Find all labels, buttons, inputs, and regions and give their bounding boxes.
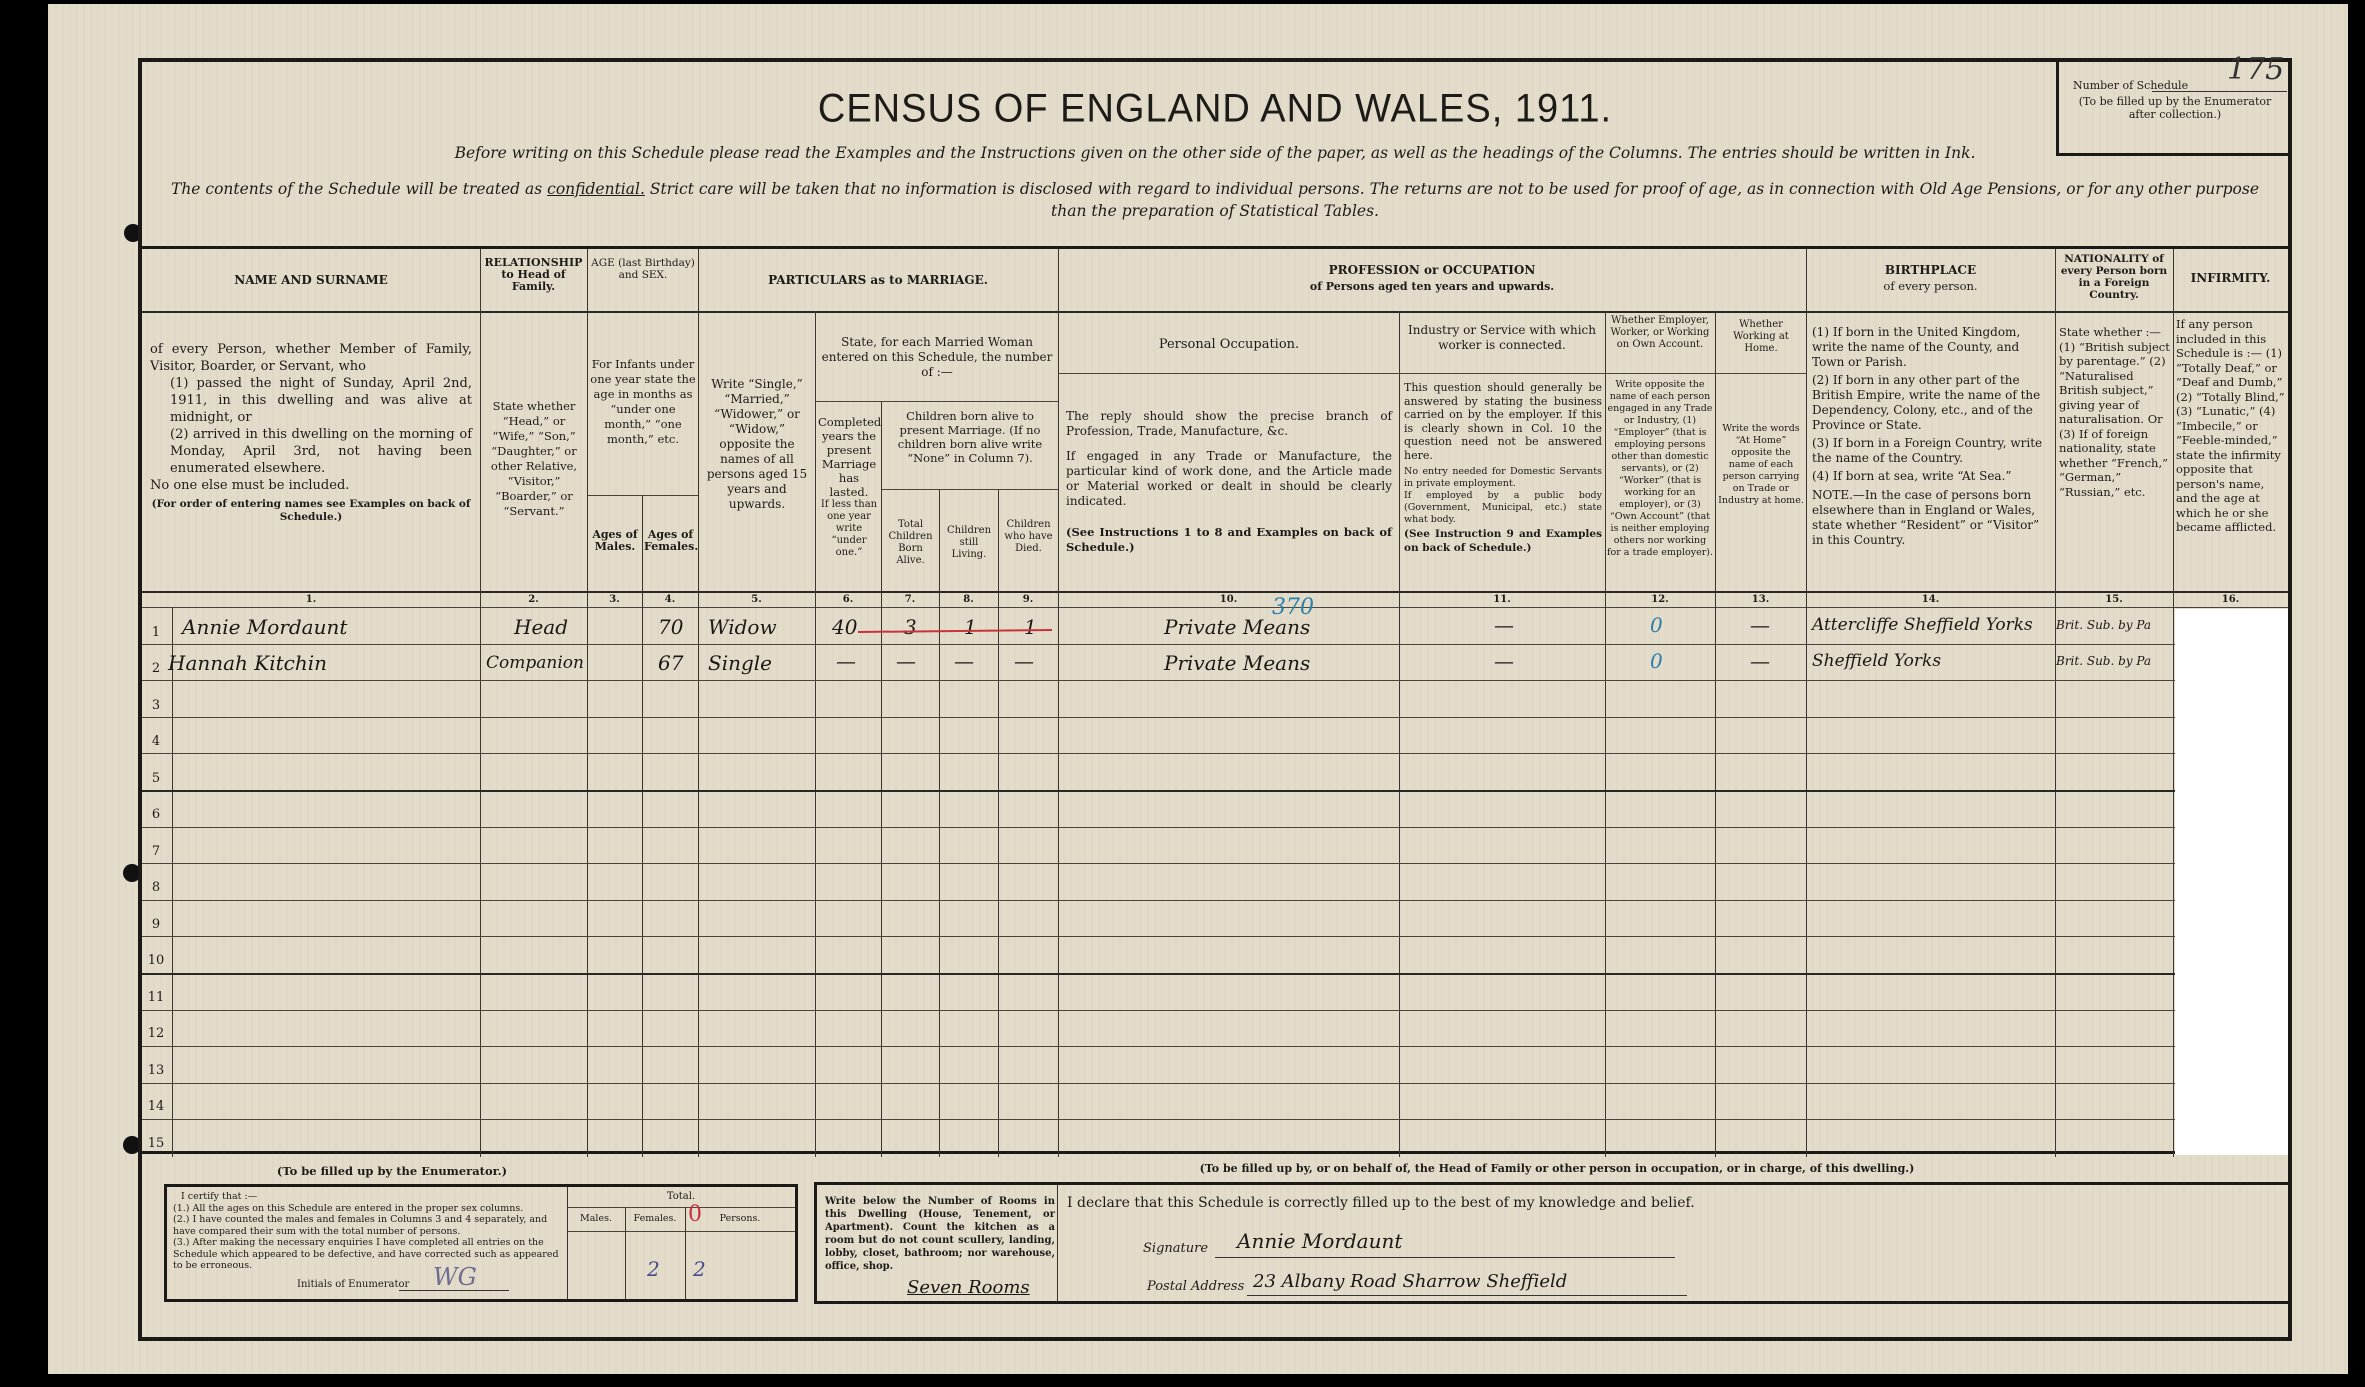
household-table: NAME AND SURNAME RELATIONSHIP to Head of… [142, 246, 2288, 1154]
personal-occupation-description: The reply should show the precise branch… [1066, 409, 1392, 555]
home-sub-rule [1716, 373, 1806, 374]
home-label: Whether Working at Home. [1718, 319, 1804, 355]
marital-condition[interactable]: Single [708, 651, 772, 675]
industry[interactable]: — [1494, 649, 1514, 673]
col-divider [587, 249, 588, 1157]
col-num-7: 7. [881, 594, 939, 605]
totals-divider [567, 1187, 568, 1299]
row-number: 8 [142, 880, 170, 895]
header-occupation-sub: of Persons aged ten years and upwards. [1058, 279, 1806, 294]
children-living[interactable]: — [954, 649, 974, 673]
signature-line [1215, 1257, 1675, 1258]
row-rule [142, 644, 2288, 645]
col-divider [1715, 311, 1716, 1157]
schedule-frame: CENSUS OF ENGLAND AND WALES, 1911. Befor… [138, 58, 2292, 1341]
col-divider [2173, 249, 2174, 1157]
occupier-heading: (To be filled up by, or on behalf of, th… [832, 1162, 2282, 1175]
enumerator-heading: (To be filled up by the Enumerator.) [172, 1164, 612, 1178]
males-label: Males. [567, 1213, 625, 1224]
females-total[interactable]: 2 [647, 1257, 660, 1281]
col-num-9: 9. [998, 594, 1058, 605]
row-rule [142, 1119, 2288, 1120]
employer-label: Whether Employer, Worker, or Working on … [1607, 315, 1713, 351]
children-died[interactable]: 1 [1024, 615, 1037, 639]
married-women-note: State, for each Married Woman entered on… [820, 335, 1054, 380]
relationship[interactable]: Companion [486, 653, 584, 673]
col-num-5: 5. [698, 594, 815, 605]
red-margin-mark: 0 [688, 1202, 702, 1227]
person-name[interactable]: Annie Mordaunt [182, 615, 347, 639]
total-label: Total. [567, 1191, 795, 1202]
schedule-number-note: (To be filled up by the Enumerator after… [2065, 95, 2285, 121]
row-number: 13 [142, 1063, 170, 1078]
at-home[interactable]: — [1750, 649, 1770, 673]
header-name: NAME AND SURNAME [142, 273, 480, 288]
row-number: 12 [142, 1026, 170, 1041]
row-number: 1 [142, 625, 170, 640]
occupier-declaration-box: Write below the Number of Rooms in this … [814, 1182, 2292, 1304]
children-living[interactable]: 1 [964, 615, 977, 639]
age-infants-note: For Infants under one year state the age… [590, 357, 696, 447]
col-divider [939, 489, 940, 1157]
totals-rule [568, 1207, 795, 1208]
header-marriage: PARTICULARS as to MARRIAGE. [698, 273, 1058, 288]
employer-status[interactable]: 0 [1650, 613, 1663, 637]
industry[interactable]: — [1494, 613, 1514, 637]
row-number: 7 [142, 844, 170, 859]
col-num-12: 12. [1605, 594, 1715, 605]
signature-label: Signature [1143, 1241, 1208, 1256]
declaration-text: I declare that this Schedule is correctl… [1067, 1195, 1695, 1211]
row-number-gutter [172, 607, 173, 1157]
declaration-divider [1057, 1185, 1058, 1301]
row-rule [142, 827, 2288, 828]
rooms-count[interactable]: Seven Rooms [907, 1277, 1030, 1298]
marital-condition[interactable]: Widow [708, 615, 777, 639]
redacted-infirmity-area [2175, 609, 2288, 1155]
birthplace-description: (1) If born in the United Kingdom, write… [1812, 325, 2050, 548]
page-title: CENSUS OF ENGLAND AND WALES, 1911. [142, 87, 2288, 132]
col-divider [698, 249, 699, 1157]
col-divider [1058, 249, 1059, 1157]
confidential-word: confidential. [547, 180, 645, 198]
header-age: AGE (last Birthday) and SEX. [590, 257, 696, 281]
schedule-number-label: Number of Schedule [2073, 79, 2188, 92]
children-born-label: Children born alive to present Marriage.… [884, 409, 1056, 465]
signature-value[interactable]: Annie Mordaunt [1237, 1229, 1402, 1253]
row-rule [142, 1046, 2288, 1047]
birthplace[interactable]: Sheffield Yorks [1812, 651, 1941, 671]
row-rule [142, 790, 2288, 792]
row-number: 2 [142, 661, 170, 676]
industry-description: This question should generally be answer… [1404, 381, 1602, 555]
row-number: 3 [142, 698, 170, 713]
age-sub-rule [588, 495, 698, 496]
instruction-line: Before writing on this Schedule please r… [142, 144, 2288, 162]
header-birthplace: BIRTHPLACE [1806, 263, 2055, 278]
col-num-13: 13. [1715, 594, 1806, 605]
children-sub-rule [882, 489, 1058, 490]
col-num-11: 11. [1399, 594, 1605, 605]
relationship[interactable]: Head [514, 615, 568, 639]
condition-description: Write “Single,” “Married,” “Widower,” or… [702, 377, 812, 512]
person-name[interactable]: Hannah Kitchin [168, 651, 327, 675]
confidentiality-notice-line2: than the preparation of Statistical Tabl… [142, 202, 2288, 220]
employer-status[interactable]: 0 [1650, 649, 1663, 673]
col-num-3: 3. [587, 594, 642, 605]
nationality[interactable]: Brit. Sub. by Pa [2056, 618, 2151, 632]
age-female[interactable]: 67 [658, 651, 683, 675]
header-nationality: NATIONALITY of every Person born in a Fo… [2057, 253, 2171, 301]
age-males-label: Ages of Males. [589, 529, 641, 553]
occupation-code[interactable]: 370 [1272, 595, 1314, 620]
row-rule [142, 680, 2288, 681]
col-divider [480, 249, 481, 1157]
rooms-instruction: Write below the Number of Rooms in this … [825, 1195, 1055, 1273]
col-divider [1806, 249, 1807, 1157]
enumerator-certificate-box: I certify that :— (1.) All the ages on t… [164, 1184, 798, 1302]
infirmity-description: If any person included in this Schedule … [2176, 317, 2286, 535]
col-num-16: 16. [2173, 594, 2288, 605]
col-num-8: 8. [939, 594, 998, 605]
children-died[interactable]: — [1014, 649, 1034, 673]
enumerator-certificate: I certify that :— (1.) All the ages on t… [173, 1191, 563, 1272]
col-divider [815, 311, 816, 1157]
children-living-label: Children still Living. [941, 525, 997, 561]
nationality[interactable]: Brit. Sub. by Pa [2056, 654, 2151, 668]
address-label: Postal Address [1147, 1279, 1244, 1294]
employer-description: Write opposite the name of each person e… [1607, 379, 1713, 559]
persons-total[interactable]: 2 [693, 1257, 706, 1281]
birthplace[interactable]: Attercliffe Sheffield Yorks [1812, 615, 2033, 635]
column-number-bottom [142, 607, 2288, 608]
years-married[interactable]: — [836, 649, 856, 673]
confidentiality-notice: The contents of the Schedule will be tre… [142, 180, 2288, 198]
col-num-6: 6. [815, 594, 881, 605]
row-rule [142, 717, 2288, 718]
totals-rule [568, 1231, 795, 1232]
col-num-1: 1. [142, 594, 480, 605]
header-occupation: PROFESSION or OCCUPATION [1058, 263, 1806, 278]
col-num-4: 4. [642, 594, 698, 605]
col-divider [1399, 311, 1400, 1157]
col-divider [998, 489, 999, 1157]
row-number: 14 [142, 1099, 170, 1114]
col-divider [1605, 311, 1606, 1157]
address-line [1247, 1295, 1687, 1296]
schedule-number-box: Number of Schedule 175 (To be filled up … [2056, 58, 2292, 156]
col-num-14: 14. [1806, 594, 2055, 605]
name-description: of every Person, whether Member of Famil… [150, 341, 472, 524]
col-num-10: 10. [1058, 594, 1399, 605]
header-birthplace-sub: of every person. [1806, 279, 2055, 294]
personal-occupation-label: Personal Occupation. [1062, 337, 1396, 352]
row-rule [142, 973, 2288, 975]
females-label: Females. [625, 1213, 685, 1224]
age-female[interactable]: 70 [658, 615, 683, 639]
occupation-sub-rule [1059, 373, 1806, 374]
row-rule [142, 900, 2288, 901]
nationality-description: State whether :— (1) “British subject by… [2059, 325, 2171, 499]
row-rule [142, 1010, 2288, 1011]
at-home[interactable]: — [1750, 613, 1770, 637]
row-number: 6 [142, 807, 170, 822]
col-divider [2055, 249, 2056, 1157]
initials-label: Initials of Enumerator [297, 1279, 409, 1290]
occupation[interactable]: Private Means [1164, 651, 1310, 675]
enumerator-initials[interactable]: WG [433, 1263, 477, 1291]
row-rule [142, 753, 2288, 754]
col-divider [881, 401, 882, 1157]
years-married-label: Completed years the present Marriage has… [818, 415, 880, 559]
row-number: 4 [142, 734, 170, 749]
col-num-15: 15. [2055, 594, 2173, 605]
header-relationship: RELATIONSHIP to Head of Family. [480, 257, 587, 293]
row-number: 10 [142, 953, 170, 968]
industry-label: Industry or Service with which worker is… [1402, 323, 1602, 353]
row-number: 5 [142, 771, 170, 786]
header-infirmity: INFIRMITY. [2173, 271, 2288, 286]
schedule-number-value[interactable]: 175 [2227, 63, 2284, 76]
red-strike-line [858, 629, 1052, 633]
age-females-label: Ages of Females. [644, 529, 697, 553]
postal-address[interactable]: 23 Albany Road Sharrow Sheffield [1253, 1271, 1567, 1292]
children-total[interactable]: 3 [904, 615, 917, 639]
relationship-description: State whether “Head,” or “Wife,” “Son,” … [484, 399, 584, 519]
col-num-2: 2. [480, 594, 587, 605]
column-number-divider [142, 591, 2288, 593]
row-rule [142, 863, 2288, 864]
row-rule [142, 1083, 2288, 1084]
census-schedule-page: CENSUS OF ENGLAND AND WALES, 1911. Befor… [48, 4, 2348, 1374]
header-divider [142, 311, 2288, 313]
row-number: 9 [142, 917, 170, 932]
years-married[interactable]: 40 [832, 615, 857, 639]
row-number: 11 [142, 990, 170, 1005]
row-number: 15 [142, 1136, 170, 1151]
children-died-label: Children who have Died. [1000, 519, 1057, 555]
children-total[interactable]: — [896, 649, 916, 673]
home-description: Write the words “At Home” opposite the n… [1718, 423, 1804, 507]
row-rule [142, 936, 2288, 937]
marriage-sub-rule [816, 401, 1058, 402]
children-total-label: Total Children Born Alive. [883, 519, 938, 567]
